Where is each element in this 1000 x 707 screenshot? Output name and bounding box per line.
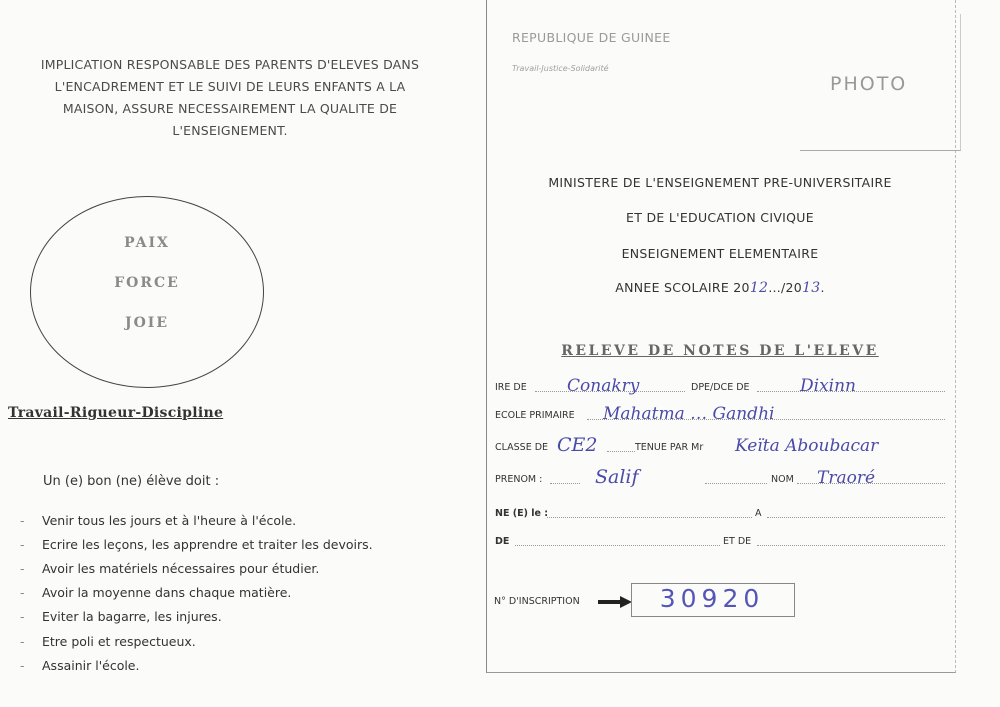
arrow-right-icon (598, 596, 632, 608)
motto-line: MAISON, ASSURE NECESSAIREMENT LA QUALITE… (0, 98, 460, 120)
tenue-label: TENUE PAR Mr (635, 442, 703, 453)
bullet-dash-icon: - (20, 561, 42, 576)
dpe-field[interactable]: Dixinn (800, 376, 856, 396)
bullet-dash-icon: - (20, 609, 42, 624)
photo-label: PHOTO (830, 73, 907, 95)
motto-line: L'ENSEIGNEMENT. (0, 120, 460, 142)
classe-label: CLASSE DE (495, 442, 548, 453)
parents-motto: IMPLICATION RESPONSABLE DES PARENTS D'EL… (0, 54, 460, 142)
birth-place-label: A (755, 508, 762, 519)
republic-title: REPUBLIQUE DE GUINEE (512, 30, 671, 45)
birth-date-label: NE (E) le : (495, 508, 548, 519)
republic-motto: Travail-Justice-Solidarité (512, 64, 609, 73)
list-item: -Avoir la moyenne dans chaque matière. (20, 581, 373, 605)
stamp-line: JOIE (31, 315, 263, 331)
nom-label: NOM (771, 474, 794, 485)
ecole-field[interactable]: Mahatma … Gandhi (603, 404, 774, 424)
list-item: -Ecrire les leçons, les apprendre et tra… (20, 532, 373, 556)
bullet-dash-icon: - (20, 585, 42, 600)
school-devise: Travail-Rigueur-Discipline (8, 405, 223, 421)
prenom-label: PRENOM : (495, 474, 542, 485)
bullet-dash-icon: - (20, 513, 42, 528)
tenue-field[interactable]: Keïta Aboubacar (735, 436, 878, 456)
school-stamp: PAIX FORCE JOIE (30, 196, 264, 388)
bullet-dash-icon: - (20, 658, 42, 673)
field-row-ecole: ECOLE PRIMAIRE Mahatma … Gandhi (495, 404, 945, 424)
inscription-label: N° D'INSCRIPTION (494, 596, 580, 607)
stamp-line: FORCE (31, 275, 263, 291)
dpe-label: DPE/DCE DE (691, 382, 750, 393)
year-end-handwritten: 13 (802, 280, 820, 296)
good-student-title: Un (e) bon (ne) élève doit : (43, 474, 219, 489)
ecole-label: ECOLE PRIMAIRE (495, 410, 575, 421)
list-item: -Eviter la bagarre, les injures. (20, 605, 373, 629)
list-item: -Avoir les matériels nécessaires pour ét… (20, 556, 373, 580)
education-level: ENSEIGNEMENT ELEMENTAIRE (486, 246, 954, 261)
field-row-ire: IRE DE Conakry DPE/DCE DE Dixinn (495, 376, 945, 396)
school-year: ANNEE SCOLAIRE 2012…/2013. (486, 280, 954, 296)
rules-list: -Venir tous les jours et à l'heure à l'é… (20, 508, 373, 677)
mother-label: ET DE (723, 536, 751, 547)
motto-line: L'ENCADREMENT ET LE SUIVI DE LEURS ENFAN… (0, 76, 460, 98)
list-item: -Venir tous les jours et à l'heure à l'é… (20, 508, 373, 532)
stamp-line: PAIX (31, 235, 263, 251)
ire-label: IRE DE (495, 382, 527, 393)
field-row-prenom: PRENOM : Salif NOM Traoré (495, 468, 945, 488)
bullet-dash-icon: - (20, 634, 42, 649)
field-row-parents: DE ET DE (495, 530, 945, 550)
ministry-line-2: ET DE L'EDUCATION CIVIQUE (486, 210, 954, 225)
report-title: RELEVE DE NOTES DE L'ELEVE (486, 343, 954, 359)
inscription-number: 30920 (631, 584, 793, 613)
bullet-dash-icon: - (20, 537, 42, 552)
motto-line: IMPLICATION RESPONSABLE DES PARENTS D'EL… (0, 54, 460, 76)
field-row-birth: NE (E) le : A (495, 502, 945, 522)
prenom-field[interactable]: Salif (595, 466, 639, 488)
father-label: DE (495, 536, 509, 547)
list-item: -Etre poli et respectueux. (20, 629, 373, 653)
ire-field[interactable]: Conakry (567, 376, 639, 396)
classe-field[interactable]: CE2 (557, 434, 598, 456)
ministry-line-1: MINISTERE DE L'ENSEIGNEMENT PRE-UNIVERSI… (486, 175, 954, 190)
list-item: -Assainir l'école. (20, 653, 373, 677)
year-start-handwritten: 12 (750, 280, 768, 296)
nom-field[interactable]: Traoré (817, 468, 875, 488)
field-row-classe: CLASSE DE CE2 TENUE PAR Mr Keïta Aboubac… (495, 436, 945, 456)
